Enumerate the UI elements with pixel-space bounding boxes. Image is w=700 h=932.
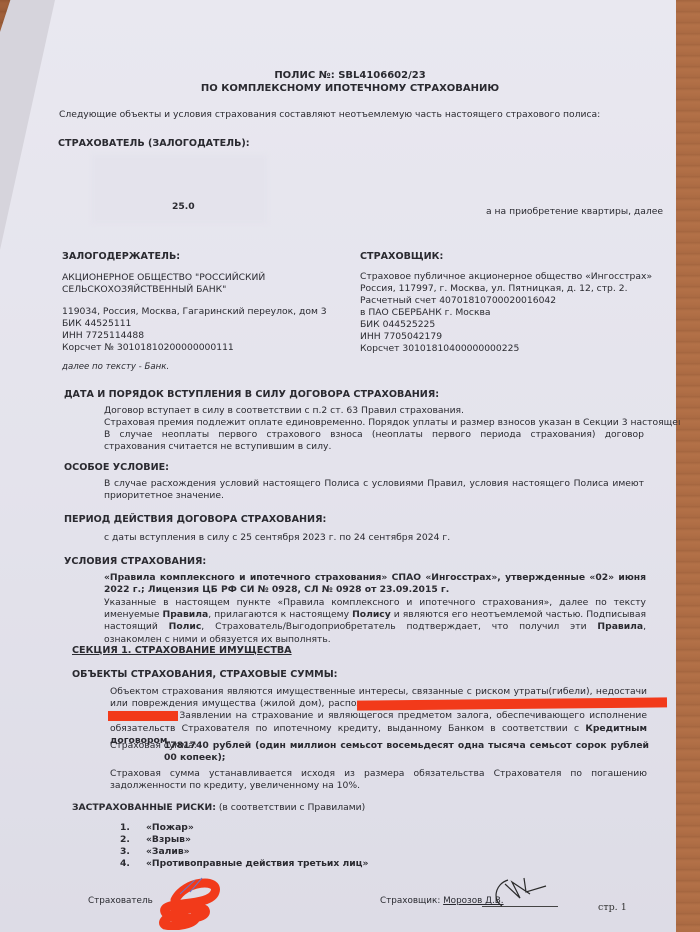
- risk-number: 2.: [120, 834, 146, 846]
- risks-heading-row: ЗАСТРАХОВАННЫЕ РИСКИ: (в соответствии с …: [72, 802, 365, 814]
- risk-label: «Взрыв»: [146, 834, 191, 845]
- risk-number: 4.: [120, 858, 146, 870]
- insured-signature-redaction: [140, 870, 230, 930]
- conditions-text-part: , Страхователь/Выгодоприобретатель подтв…: [201, 621, 597, 632]
- objects-text: Объектом страхования являются имуществен…: [110, 686, 647, 747]
- conditions-text-part: , прилагаются к настоящему: [208, 609, 352, 620]
- effective-date-line-1: Договор вступает в силу в соответствии с…: [104, 405, 464, 417]
- conditions-rules-ref: Правила: [163, 609, 209, 620]
- special-condition-heading: ОСОБОЕ УСЛОВИЕ:: [64, 462, 169, 474]
- risk-item: 2.«Взрыв»: [120, 834, 191, 846]
- sum-note: Страховая сумма устанавливается исходя и…: [110, 768, 647, 792]
- insurer-line-1: Страховое публичное акционерное общество…: [360, 271, 652, 283]
- period-heading: ПЕРИОД ДЕЙСТВИЯ ДОГОВОРА СТРАХОВАНИЯ:: [64, 514, 326, 526]
- risks-heading-note: (в соответствии с Правилами): [219, 802, 365, 813]
- risk-label: «Пожар»: [146, 822, 194, 833]
- insurer-line-2: Россия, 117997, г. Москва, ул. Пятницкая…: [360, 283, 628, 295]
- conditions-policy-ref: Полис: [169, 621, 202, 632]
- pledgee-inn: ИНН 7725114488: [62, 330, 144, 342]
- special-condition-text: В случае расхождения условий настоящего …: [104, 478, 644, 502]
- conditions-rules-ref: Правила: [597, 621, 643, 632]
- risk-item: 3.«Залив»: [120, 846, 190, 858]
- risk-number: 3.: [120, 846, 146, 858]
- policy-subtitle: ПО КОМПЛЕКСНОМУ ИПОТЕЧНОМУ СТРАХОВАНИЮ: [0, 83, 700, 94]
- conditions-text: Указанные в настоящем пункте «Правила ко…: [104, 597, 646, 646]
- conditions-heading: УСЛОВИЯ СТРАХОВАНИЯ:: [64, 556, 206, 568]
- policy-title: ПОЛИС №: SBL4106602/23: [0, 70, 700, 81]
- address-redaction-2: [108, 711, 178, 721]
- risk-item: 4.«Противоправные действия третьих лиц»: [120, 858, 368, 870]
- risk-label: «Залив»: [146, 846, 190, 857]
- risk-item: 1.«Пожар»: [120, 822, 194, 834]
- insured-tail: а на приобретение квартиры, далее: [486, 206, 663, 218]
- policy-intro: Следующие объекты и условия страхования …: [59, 109, 600, 121]
- insurer-heading: СТРАХОВЩИК:: [360, 251, 443, 263]
- effective-date-line-3: В случае неоплаты первого страхового взн…: [104, 429, 644, 453]
- pledgee-name-1: АКЦИОНЕРНОЕ ОБЩЕСТВО "РОССИЙСКИЙ: [62, 272, 265, 284]
- policy-page: ПОЛИС №: SBL4106602/23 ПО КОМПЛЕКСНОМУ И…: [0, 0, 676, 932]
- period-text: с даты вступления в силу с 25 сентября 2…: [104, 532, 450, 544]
- risk-number: 1.: [120, 822, 146, 834]
- insurer-signature: [490, 870, 560, 910]
- effective-date-heading: ДАТА И ПОРЯДОК ВСТУПЛЕНИЯ В СИЛУ ДОГОВОР…: [64, 389, 439, 401]
- insured-heading: СТРАХОВАТЕЛЬ (ЗАЛОГОДАТЕЛЬ):: [58, 138, 250, 150]
- sum-value: 1781740 рублей (один миллион семьсот вос…: [164, 740, 649, 764]
- risks-heading: ЗАСТРАХОВАННЫЕ РИСКИ:: [72, 802, 216, 813]
- objects-heading: ОБЪЕКТЫ СТРАХОВАНИЯ, СТРАХОВЫЕ СУММЫ:: [72, 669, 338, 681]
- insurer-signature-label: Страховщик:: [380, 896, 440, 906]
- insurer-line-7: Корсчет 30101810400000000225: [360, 343, 519, 355]
- insurer-line-4: в ПАО СБЕРБАНК г. Москва: [360, 307, 491, 319]
- insurer-line-5: БИК 044525225: [360, 319, 435, 331]
- pledgee-name-2: СЕЛЬСКОХОЗЯЙСТВЕННЫЙ БАНК": [62, 284, 226, 296]
- effective-date-line-2: Страховая премия подлежит оплате единовр…: [104, 417, 700, 429]
- page-number: стр. 1: [598, 902, 627, 913]
- section1-heading: СЕКЦИЯ 1. СТРАХОВАНИЕ ИМУЩЕСТВА: [72, 645, 292, 657]
- pledgee-bik: БИК 44525111: [62, 318, 131, 330]
- risk-label: «Противоправные действия третьих лиц»: [146, 858, 368, 869]
- insurer-line-6: ИНН 7705042179: [360, 331, 442, 343]
- pledgee-address: 119034, Россия, Москва, Гагаринский пере…: [62, 306, 327, 318]
- pledgee-note: далее по тексту - Банк.: [62, 361, 169, 373]
- conditions-rules: «Правила комплексного и ипотечного страх…: [104, 572, 646, 596]
- pledgee-heading: ЗАЛОГОДЕРЖАТЕЛЬ:: [62, 251, 180, 263]
- insurer-line-3: Расчетный счет 40701810700020016042: [360, 295, 556, 307]
- insured-fragment: 25.0: [172, 201, 195, 213]
- conditions-policy-ref: Полису: [352, 609, 391, 620]
- pledgee-korschet: Корсчет № 30101810200000000111: [62, 342, 234, 354]
